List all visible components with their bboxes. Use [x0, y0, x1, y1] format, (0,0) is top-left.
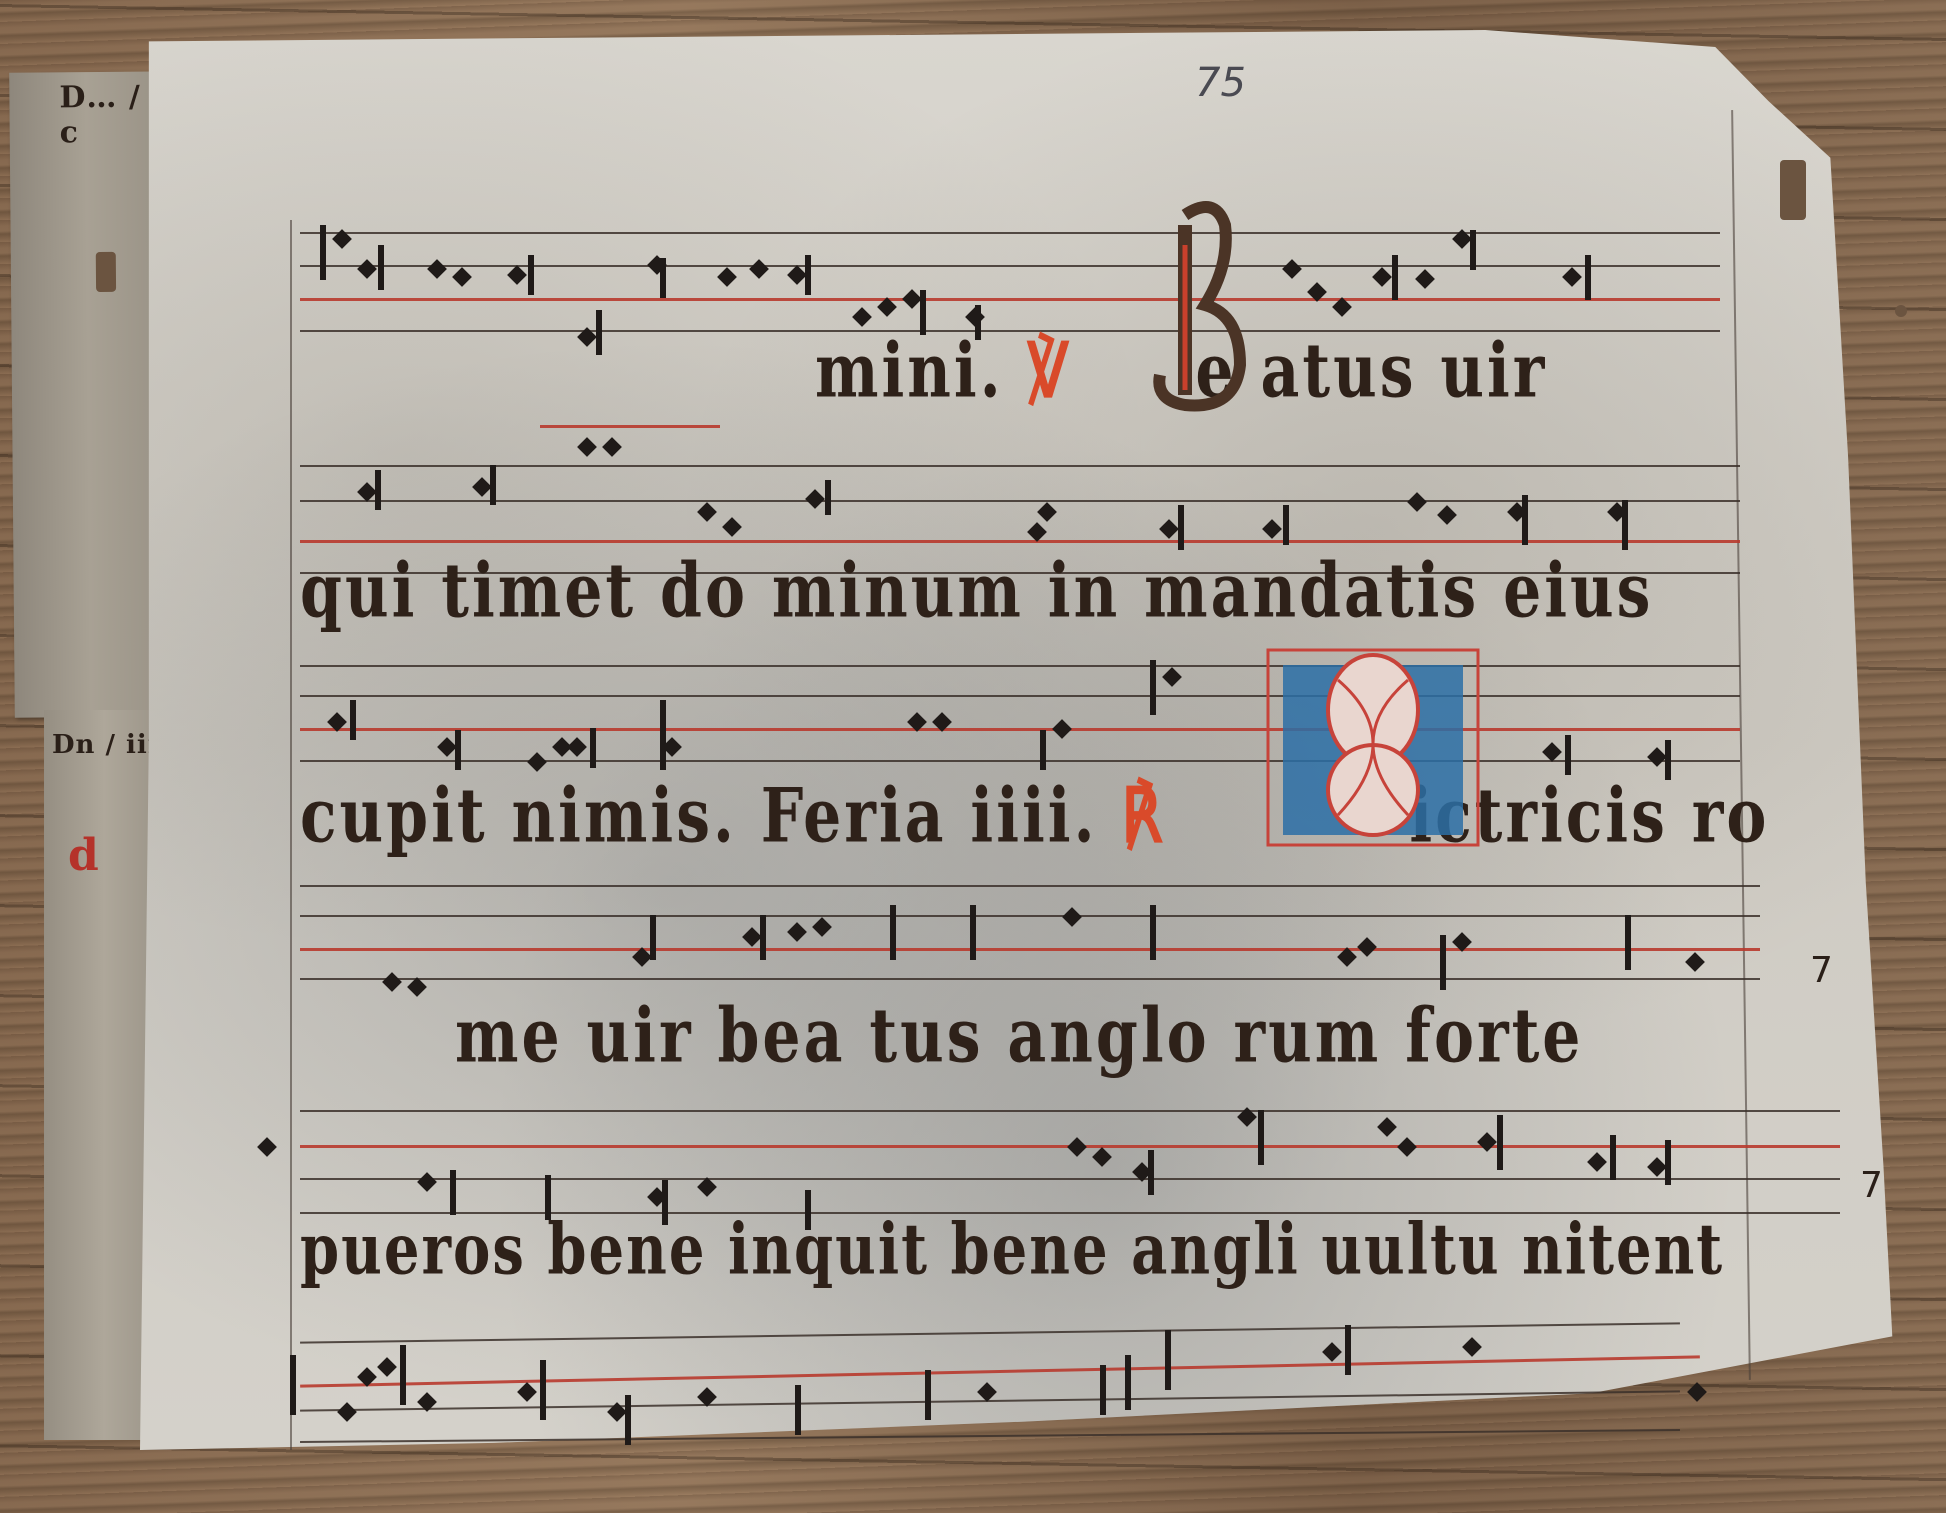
- left-ruling-line: [290, 220, 292, 1450]
- tear-hole: [1780, 160, 1806, 220]
- custos-mark: 7: [1860, 1165, 1883, 1206]
- text-line-2: qui timet do minum in mandatis eius: [300, 548, 1653, 636]
- text-segment: cupit nimis. Feria iiii.: [300, 773, 1097, 861]
- initial-b-cadel: [1145, 195, 1255, 420]
- custos-mark: 7: [1810, 950, 1833, 991]
- responsory-mark: ℟: [1097, 773, 1189, 861]
- strip-red-letter: d: [68, 830, 100, 881]
- text-line-5: pueros bene inquit bene angli uultu nite…: [300, 1209, 1724, 1292]
- text-line-3: cupit nimis. Feria iiii. ℟ ictricis ro: [300, 773, 1769, 861]
- text-line-4: me uir bea tus anglo rum forte: [455, 993, 1583, 1081]
- tear-hole: [1895, 305, 1907, 317]
- folio-number: 75: [1195, 60, 1246, 106]
- versicle-mark: ℣: [1004, 328, 1096, 416]
- strip-fragment-bottom: Dn / iii: [52, 730, 159, 760]
- initial-v-decorated: [1248, 640, 1498, 855]
- text-segment: mini.: [815, 328, 1004, 416]
- tear-hole: [96, 252, 116, 292]
